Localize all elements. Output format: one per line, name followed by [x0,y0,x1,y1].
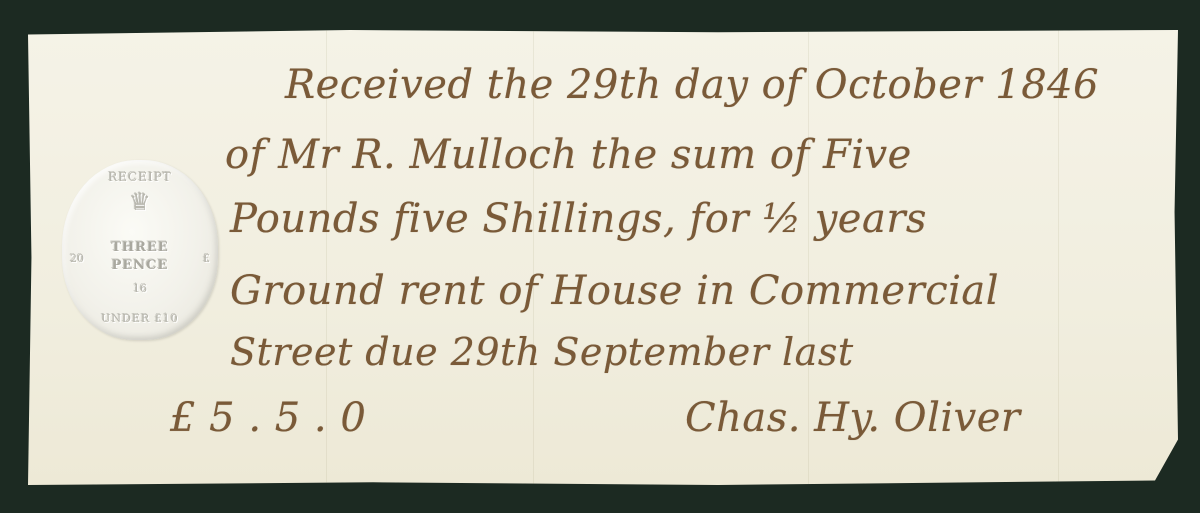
signature: Chas. Hy. Oliver [685,395,1021,441]
stamp-bottom-text: UNDER £10 [62,312,218,325]
stamp-value-line1: THREE [62,240,218,255]
crown-icon: ♛ [62,188,218,216]
stamp-top-text: RECEIPT [62,170,218,184]
receipt-line-3: Pounds five Shillings, for ½ years [230,196,927,242]
stamp-value-line2: PENCE [62,258,218,273]
embossed-revenue-stamp: RECEIPT ♛ 20 THREE PENCE £ 16 UNDER £10 [62,160,218,340]
receipt-line-2: of Mr R. Mulloch the sum of Five [225,132,912,178]
receipt-line-5: Street due 29th September last [230,330,854,374]
receipt-line-4: Ground rent of House in Commercial [230,268,999,314]
stamp-code: 16 [62,282,218,295]
receipt-line-1: Received the 29th day of October 1846 [285,62,1099,108]
stamp-right-mark: £ [203,252,210,265]
receipt-amount: £ 5 . 5 . 0 [170,395,366,441]
